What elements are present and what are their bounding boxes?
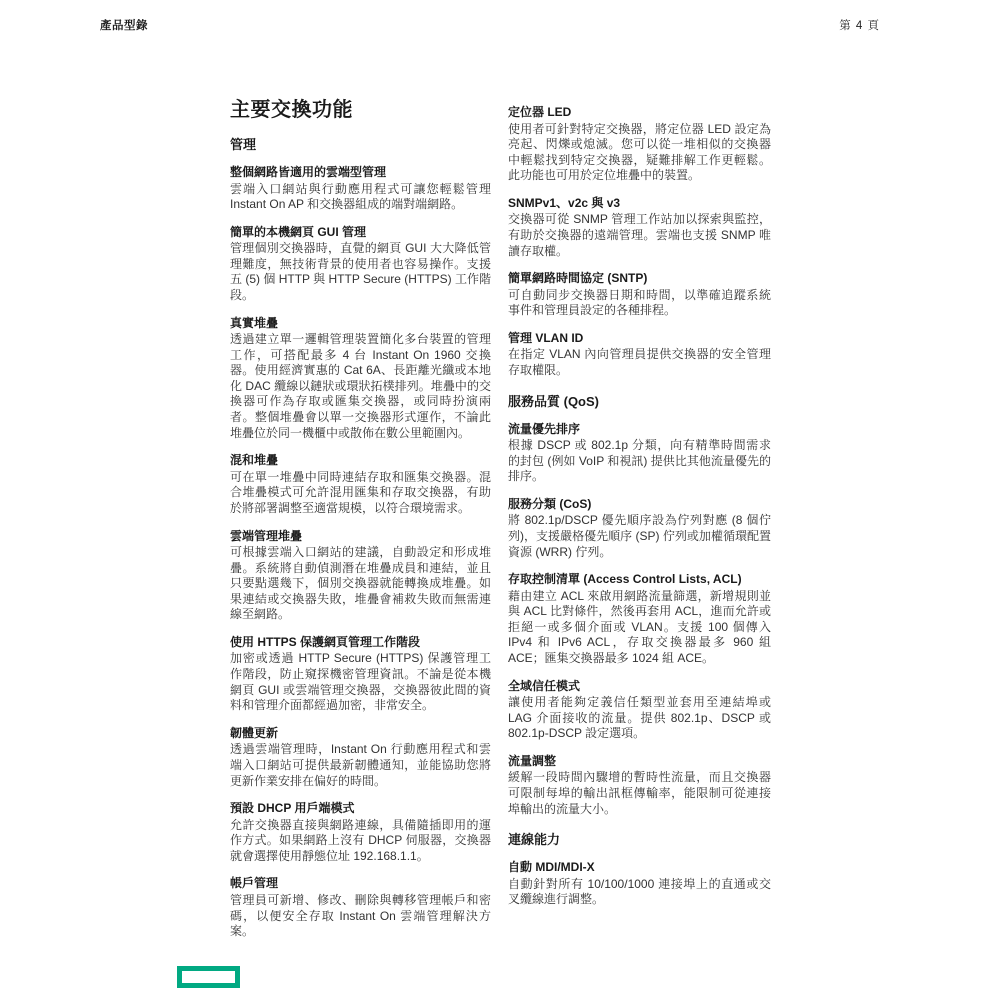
feature-heading: SNMPv1、v2c 與 v3 [508, 196, 771, 212]
feature-body: 在指定 VLAN 內向管理員提供交換器的安全管理存取權限。 [508, 347, 771, 378]
feature-body: 透過建立單一邏輯管理裝置簡化多台裝置的管理工作，可搭配最多 4 台 Instan… [230, 332, 491, 441]
feature-heading: 全域信任模式 [508, 679, 771, 695]
section-heading: 連線能力 [508, 829, 771, 848]
feature-body: 可根據雲端入口網站的建議，自動設定和形成堆疊。系統將自動偵測潛在堆疊成員和連結，… [230, 545, 491, 623]
feature-body: 可在單一堆疊中同時連結存取和匯集交換器。混合堆疊模式可允許混用匯集和存取交換器，… [230, 470, 491, 517]
feature-heading: 帳戶管理 [230, 876, 491, 892]
feature-heading: 混和堆疊 [230, 453, 491, 469]
feature-heading: 流量優先排序 [508, 422, 771, 438]
feature-heading: 雲端管理堆疊 [230, 529, 491, 545]
page-number: 第 4 頁 [839, 17, 880, 33]
feature-heading: 存取控制清單 (Access Control Lists, ACL) [508, 572, 771, 588]
feature-heading: 真實堆疊 [230, 316, 491, 332]
feature-body: 使用者可針對特定交換器，將定位器 LED 設定為亮起、閃爍或熄滅。您可以從一堆相… [508, 122, 771, 184]
feature-body: 管理個別交換器時，直覺的網頁 GUI 大大降低管理難度，無技術背景的使用者也容易… [230, 241, 491, 303]
right-column-blocks: 定位器 LED使用者可針對特定交換器，將定位器 LED 設定為亮起、閃爍或熄滅。… [508, 105, 771, 908]
feature-body: 自動針對所有 10/100/1000 連接埠上的直通或交叉纜線進行調整。 [508, 877, 771, 908]
feature-heading: 流量調整 [508, 754, 771, 770]
feature-heading: 預設 DHCP 用戶端模式 [230, 801, 491, 817]
feature-heading: 簡單的本機網頁 GUI 管理 [230, 225, 491, 241]
feature-body: 雲端入口網站與行動應用程式可讓您輕鬆管理 Instant On AP 和交換器組… [230, 182, 491, 213]
feature-body: 讓使用者能夠定義信任類型並套用至連結埠或 LAG 介面接收的流量。提供 802.… [508, 695, 771, 742]
feature-heading: 簡單網路時間協定 (SNTP) [508, 271, 771, 287]
feature-heading: 韌體更新 [230, 726, 491, 742]
feature-body: 加密或透過 HTTP Secure (HTTPS) 保護管理工作階段，防止窺探機… [230, 651, 491, 713]
feature-body: 管理員可新增、修改、刪除與轉移管理帳戶和密碼，以便安全存取 Instant On… [230, 893, 491, 940]
hpe-logo-mark [177, 966, 240, 988]
feature-body: 交換器可從 SNMP 管理工作站加以探索與監控，有助於交換器的遠端管理。雲端也支… [508, 212, 771, 259]
feature-body: 根據 DSCP 或 802.1p 分類，向有精準時間需求的封包 (例如 VoIP… [508, 438, 771, 485]
section-heading: 管理 [230, 134, 491, 153]
feature-body: 將 802.1p/DSCP 優先順序設為佇列對應 (8 個佇列)，支援嚴格優先順… [508, 513, 771, 560]
page-title: 主要交換功能 [230, 93, 491, 122]
left-column: 主要交換功能 管理整個網路皆適用的雲端型管理雲端入口網站與行動應用程式可讓您輕鬆… [230, 93, 491, 940]
left-column-blocks: 管理整個網路皆適用的雲端型管理雲端入口網站與行動應用程式可讓您輕鬆管理 Inst… [230, 134, 491, 940]
feature-body: 可自動同步交換器日期和時間，以準確追蹤系統事件和管理員設定的各種排程。 [508, 288, 771, 319]
feature-heading: 管理 VLAN ID [508, 331, 771, 347]
feature-heading: 自動 MDI/MDI-X [508, 860, 771, 876]
datasheet-page: 產品型錄 第 4 頁 主要交換功能 管理整個網路皆適用的雲端型管理雲端入口網站與… [0, 0, 1000, 1000]
feature-heading: 定位器 LED [508, 105, 771, 121]
feature-body: 緩解一段時間內驟增的暫時性流量，而且交換器可限制每埠的輸出訊框傳輸率，能限制可從… [508, 770, 771, 817]
feature-body: 透過雲端管理時，Instant On 行動應用程式和雲端入口網站可提供最新韌體通… [230, 742, 491, 789]
section-heading: 服務品質 (QoS) [508, 391, 771, 410]
feature-heading: 使用 HTTPS 保護網頁管理工作階段 [230, 635, 491, 651]
page-header-label: 產品型錄 [100, 17, 148, 33]
feature-body: 藉由建立 ACL 來啟用網路流量篩選，新增規則並與 ACL 比對條件，然後再套用… [508, 589, 771, 667]
feature-heading: 整個網路皆適用的雲端型管理 [230, 165, 491, 181]
feature-heading: 服務分類 (CoS) [508, 497, 771, 513]
feature-body: 允許交換器直接與網路連線，具備隨插即用的運作方式。如果網路上沒有 DHCP 伺服… [230, 818, 491, 865]
right-column: 定位器 LED使用者可針對特定交換器，將定位器 LED 設定為亮起、閃爍或熄滅。… [508, 93, 771, 908]
